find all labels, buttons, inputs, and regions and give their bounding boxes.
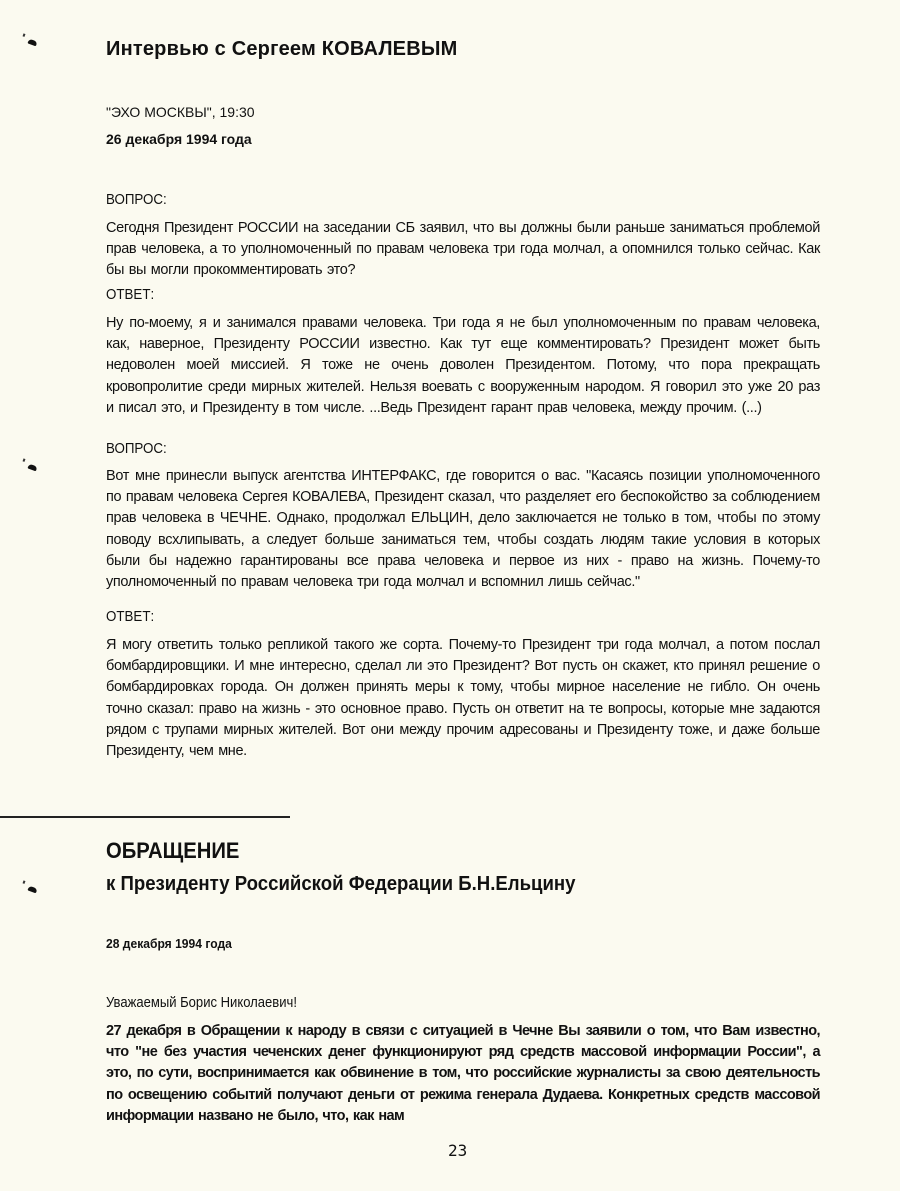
scan-mark-icon <box>27 39 37 47</box>
appeal-salutation: Уважаемый Борис Николаевич! <box>106 995 297 1011</box>
question-text: Сегодня Президент РОССИИ на заседании СБ… <box>106 218 820 282</box>
document-page: Интервью с Сергеем КОВАЛЕВЫМ "ЭХО МОСКВЫ… <box>0 0 900 1191</box>
page-number: 23 <box>448 1141 467 1160</box>
interview-date: 26 декабря 1994 года <box>106 131 252 147</box>
appeal-title: ОБРАЩЕНИЕ <box>106 838 239 864</box>
question-label: ВОПРОС: <box>106 441 167 457</box>
answer-label: ОТВЕТ: <box>106 287 154 303</box>
scan-mark-icon <box>27 886 37 894</box>
section-divider <box>0 816 290 818</box>
answer-label: ОТВЕТ: <box>106 609 154 625</box>
question-label: ВОПРОС: <box>106 192 167 208</box>
interview-source: "ЭХО МОСКВЫ", 19:30 <box>106 104 255 120</box>
appeal-body: 27 декабря в Обращении к народу в связи … <box>106 1021 820 1127</box>
appeal-date: 28 декабря 1994 года <box>106 936 232 951</box>
scan-mark-icon <box>27 464 37 472</box>
appeal-subtitle: к Президенту Российской Федерации Б.Н.Ел… <box>106 873 575 896</box>
question-text: Вот мне принесли выпуск агентства ИНТЕРФ… <box>106 466 820 593</box>
interview-title: Интервью с Сергеем КОВАЛЕВЫМ <box>106 38 458 61</box>
answer-text: Ну по-моему, я и занимался правами челов… <box>106 313 820 419</box>
answer-text: Я могу ответить только репликой такого ж… <box>106 635 820 762</box>
